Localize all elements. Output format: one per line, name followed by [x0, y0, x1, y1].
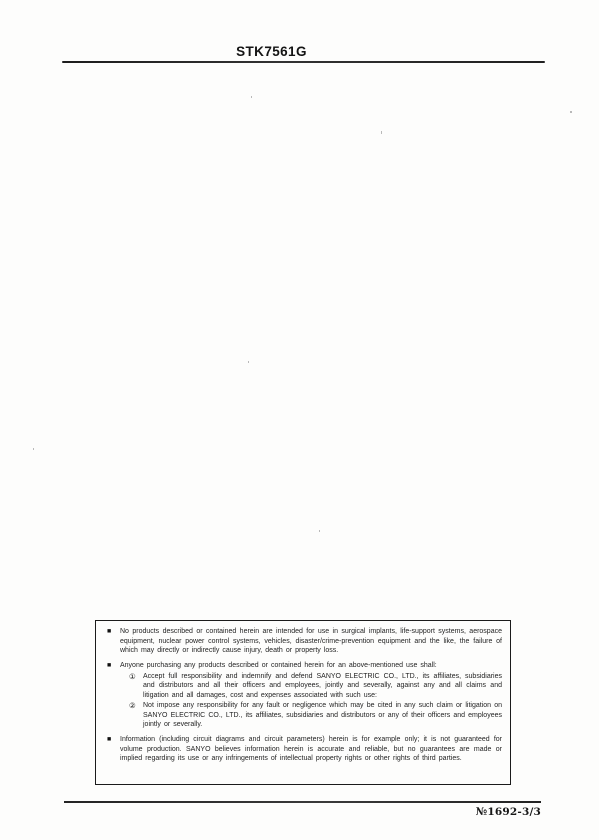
- scan-speck: [570, 111, 572, 113]
- circled-1-icon: ①: [129, 672, 136, 682]
- notice-subitem: ② Not impose any responsibility for any …: [129, 701, 502, 730]
- notice-subitem-text: Not impose any responsibility for any fa…: [143, 701, 502, 730]
- notice-text: No products described or contained herei…: [120, 627, 502, 656]
- scan-speck: [248, 361, 249, 363]
- page-title: STK7561G: [179, 44, 364, 59]
- header-rule: [62, 61, 545, 63]
- scan-speck: [251, 96, 252, 98]
- notice-text: Anyone purchasing any products described…: [120, 661, 502, 671]
- bullet-square-icon: ■: [107, 661, 111, 671]
- bullet-square-icon: ■: [107, 627, 111, 637]
- bullet-square-icon: ■: [107, 735, 111, 745]
- notice-item: ■ Information (including circuit diagram…: [107, 735, 502, 764]
- scan-speck: [381, 131, 382, 134]
- notice-text: Information (including circuit diagrams …: [120, 735, 502, 764]
- scan-speck: [33, 448, 34, 450]
- scan-speck: [319, 530, 320, 532]
- notice-item: ■ No products described or contained her…: [107, 627, 502, 656]
- footer-rule: [64, 801, 541, 803]
- document-page-number: №1692-3/3: [476, 806, 541, 818]
- circled-2-icon: ②: [129, 701, 136, 711]
- notice-item: ■ Anyone purchasing any products describ…: [107, 661, 502, 730]
- notice-subitem: ① Accept full responsibility and indemni…: [129, 672, 502, 701]
- notice-subitem-text: Accept full responsibility and indemnify…: [143, 672, 502, 701]
- legal-notice-box: ■ No products described or contained her…: [95, 620, 511, 785]
